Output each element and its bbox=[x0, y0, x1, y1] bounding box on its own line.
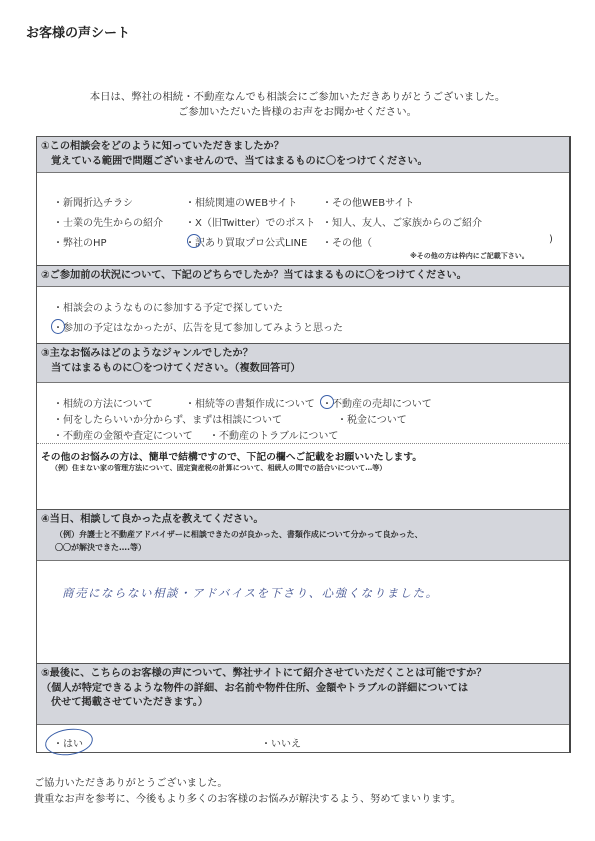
intro-line-2: ご参加いただいた皆様のお声をお聞かせください。 bbox=[0, 105, 595, 120]
q1-option-professional-referral[interactable]: ・士業の先生からの紹介 bbox=[53, 214, 163, 229]
q5-heading-line-2: （個人が特定できるような物件の詳細、お名前や物件住所、金額やトラブルの詳細につい… bbox=[41, 682, 565, 697]
document-title: お客様の声シート bbox=[26, 22, 130, 41]
q3-other-example: （例）住まない家の管理方法について、固定資産税の計算について、相続人の間での話合… bbox=[51, 463, 386, 473]
footer-text: ご協力いただきありがとうございました。 貴重なお声を参考に、今後もより多くのお客… bbox=[34, 776, 461, 808]
q3-option-first-consult[interactable]: ・何をしたらいいか分からず、まずは相談について bbox=[53, 411, 282, 426]
q3-option-tax[interactable]: ・税金について bbox=[337, 411, 407, 426]
q2-selection-circle bbox=[51, 319, 65, 334]
q1-option-other[interactable]: ・その他（ bbox=[322, 234, 372, 249]
q1-option-x-post[interactable]: ・X（旧Twitter）でのポスト bbox=[185, 214, 315, 229]
q1-heading-line-2: 覚えている範囲で問題ございませんので、当てはまるものに〇をつけてください。 bbox=[41, 155, 565, 170]
q1-option-inheritance-website[interactable]: ・相続関連のWEBサイト bbox=[185, 194, 297, 209]
q5-header: ⑤最後に、こちらのお客様の声について、弊社サイトにて紹介させていただくことは可能… bbox=[37, 663, 569, 725]
q3-divider bbox=[37, 443, 569, 444]
q1-other-close-paren: ) bbox=[549, 234, 553, 245]
survey-form: ①この相談会をどのように知っていただきましたか？ 覚えている範囲で問題ございませ… bbox=[36, 136, 571, 753]
footer-line-1: ご協力いただきありがとうございました。 bbox=[34, 776, 461, 792]
q4-heading: ④当日、相談して良かった点を教えてください。 bbox=[41, 514, 264, 525]
q1-other-note: ※その他の方は枠内にご記載下さい。 bbox=[410, 251, 529, 261]
q3-header: ③主なお悩みはどのようなジャンルでしたか？ 当てはまるものに〇をつけてください。… bbox=[37, 343, 569, 383]
q2-header: ②ご参加前の状況について、下記のどちらでしたか？当てはまるものに〇をつけてくださ… bbox=[37, 265, 569, 287]
q3-heading-line-2: 当てはまるものに〇をつけてください。（複数回答可） bbox=[41, 362, 565, 377]
q5-option-no[interactable]: ・いいえ bbox=[261, 735, 301, 750]
q2-option-planned[interactable]: ・相談会のようなものに参加する予定で探していた bbox=[53, 299, 283, 314]
q1-header: ①この相談会をどのように知っていただきましたか？ 覚えている範囲で問題ございませ… bbox=[37, 137, 569, 173]
q3-option-property-sale[interactable]: ・不動産の売却について bbox=[322, 395, 432, 410]
q4-example-line-1: （例）弁護士と不動産アドバイザーに相談できたのが良かった、書類作成について分かっ… bbox=[41, 528, 565, 541]
q3-option-inheritance-method[interactable]: ・相続の方法について bbox=[53, 395, 153, 410]
q3-other-heading: その他のお悩みの方は、簡単で結構ですので、下記の欄へご記載をお願いいたします。 bbox=[41, 449, 422, 463]
q1-option-line-official[interactable]: ・訳あり買取プロ公式LINE bbox=[185, 234, 307, 249]
intro-line-1: 本日は、弊社の相続・不動産なんでも相談会にご参加いただきありがとうございました。 bbox=[0, 90, 595, 105]
q1-option-other-website[interactable]: ・その他WEBサイト bbox=[322, 194, 414, 209]
q3-heading-line-1: ③主なお悩みはどのようなジャンルでしたか？ bbox=[41, 348, 253, 359]
q1-selection-circle bbox=[187, 234, 201, 248]
q3-option-appraisal[interactable]: ・不動産の金額や査定について bbox=[53, 427, 193, 442]
q2-heading: ②ご参加前の状況について、下記のどちらでしたか？当てはまるものに〇をつけてくださ… bbox=[41, 270, 467, 281]
q3-other-answer-field[interactable] bbox=[41, 475, 565, 505]
q1-option-friend-referral[interactable]: ・知人、友人、ご家族からのご紹介 bbox=[322, 214, 482, 229]
q5-selection-circle bbox=[43, 726, 94, 758]
q4-example-line-2: 〇〇が解決できた….等） bbox=[41, 541, 565, 554]
q3-option-property-trouble[interactable]: ・不動産のトラブルについて bbox=[209, 427, 338, 442]
q1-heading-line-1: ①この相談会をどのように知っていただきましたか？ bbox=[41, 141, 284, 152]
q5-heading-line-3: 伏せて掲載させていただきます。） bbox=[41, 696, 565, 711]
q4-answer-handwritten[interactable]: 商売にならない相談・アドバイスを下さり、心強くなりました。 bbox=[62, 585, 439, 601]
footer-line-2: 貴重なお声を参考に、今後もより多くのお客様のお悩みが解決するよう、努めてまいりま… bbox=[34, 792, 461, 808]
intro-text: 本日は、弊社の相続・不動産なんでも相談会にご参加いただきありがとうございました。… bbox=[0, 90, 595, 120]
q2-option-saw-ad[interactable]: ・参加の予定はなかったが、広告を見て参加してみようと思った bbox=[53, 319, 343, 334]
q3-option-documents[interactable]: ・相続等の書類作成について bbox=[185, 395, 315, 410]
q3-selection-circle bbox=[320, 395, 334, 409]
q1-option-newspaper[interactable]: ・新聞折込チラシ bbox=[53, 194, 133, 209]
q1-option-company-hp[interactable]: ・弊社のHP bbox=[53, 234, 107, 249]
q4-header: ④当日、相談して良かった点を教えてください。 （例）弁護士と不動産アドバイザーに… bbox=[37, 509, 569, 561]
q5-heading-line-1: ⑤最後に、こちらのお客様の声について、弊社サイトにて紹介させていただくことは可能… bbox=[41, 668, 487, 679]
